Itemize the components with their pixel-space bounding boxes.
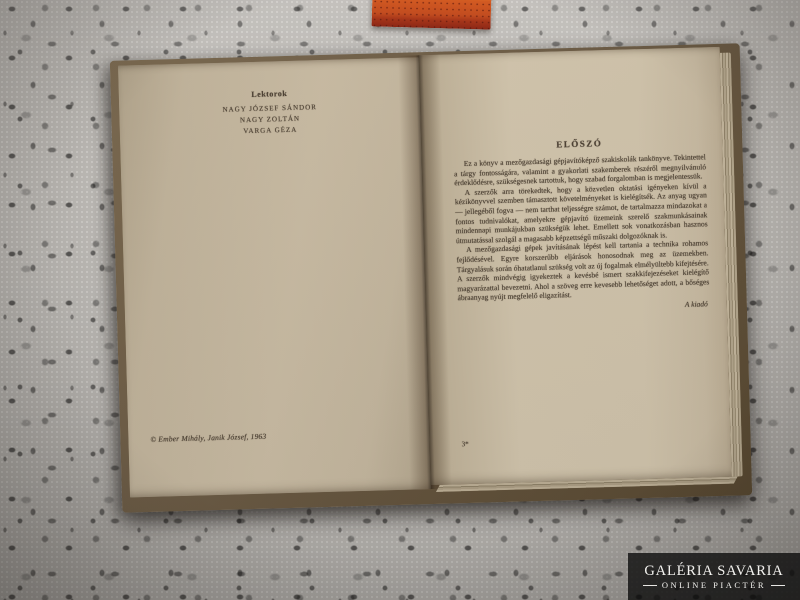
reviewers-block: Lektorok NAGY JÓZSEF SÁNDOR NAGY ZOLTÁN … [119, 85, 421, 140]
watermark-subtitle-row: ONLINE PIACTÉR [643, 581, 785, 590]
preface-text: Ez a könyv a mezőgazdasági gépjavítóképz… [454, 152, 710, 315]
matchbox [372, 0, 492, 30]
copyright-line: © Ember Mihály, Janik József, 1963 [150, 432, 266, 444]
preface-paragraph: A szerzők arra törekedtek, hogy a közvet… [454, 181, 708, 246]
preface-paragraph: A mezőgazdasági gépek javításának lépést… [456, 239, 710, 304]
marketplace-watermark: GALÉRIA SAVARIA ONLINE PIACTÉR [628, 553, 800, 600]
preface-heading: ELŐSZÓ [453, 135, 705, 152]
watermark-subtitle: ONLINE PIACTÉR [662, 581, 766, 590]
product-photo: Lektorok NAGY JÓZSEF SÁNDOR NAGY ZOLTÁN … [0, 0, 800, 600]
right-page: ELŐSZÓ Ez a könyv a mezőgazdasági gépjav… [419, 47, 732, 485]
matchbox-top-edge [372, 0, 491, 1]
watermark-dash-left [643, 585, 657, 586]
watermark-dash-right [771, 585, 785, 586]
left-page: Lektorok NAGY JÓZSEF SÁNDOR NAGY ZOLTÁN … [118, 57, 431, 497]
printers-signature-mark: 3* [462, 440, 469, 448]
open-book: Lektorok NAGY JÓZSEF SÁNDOR NAGY ZOLTÁN … [110, 43, 752, 512]
watermark-title: GALÉRIA SAVARIA [644, 564, 783, 579]
